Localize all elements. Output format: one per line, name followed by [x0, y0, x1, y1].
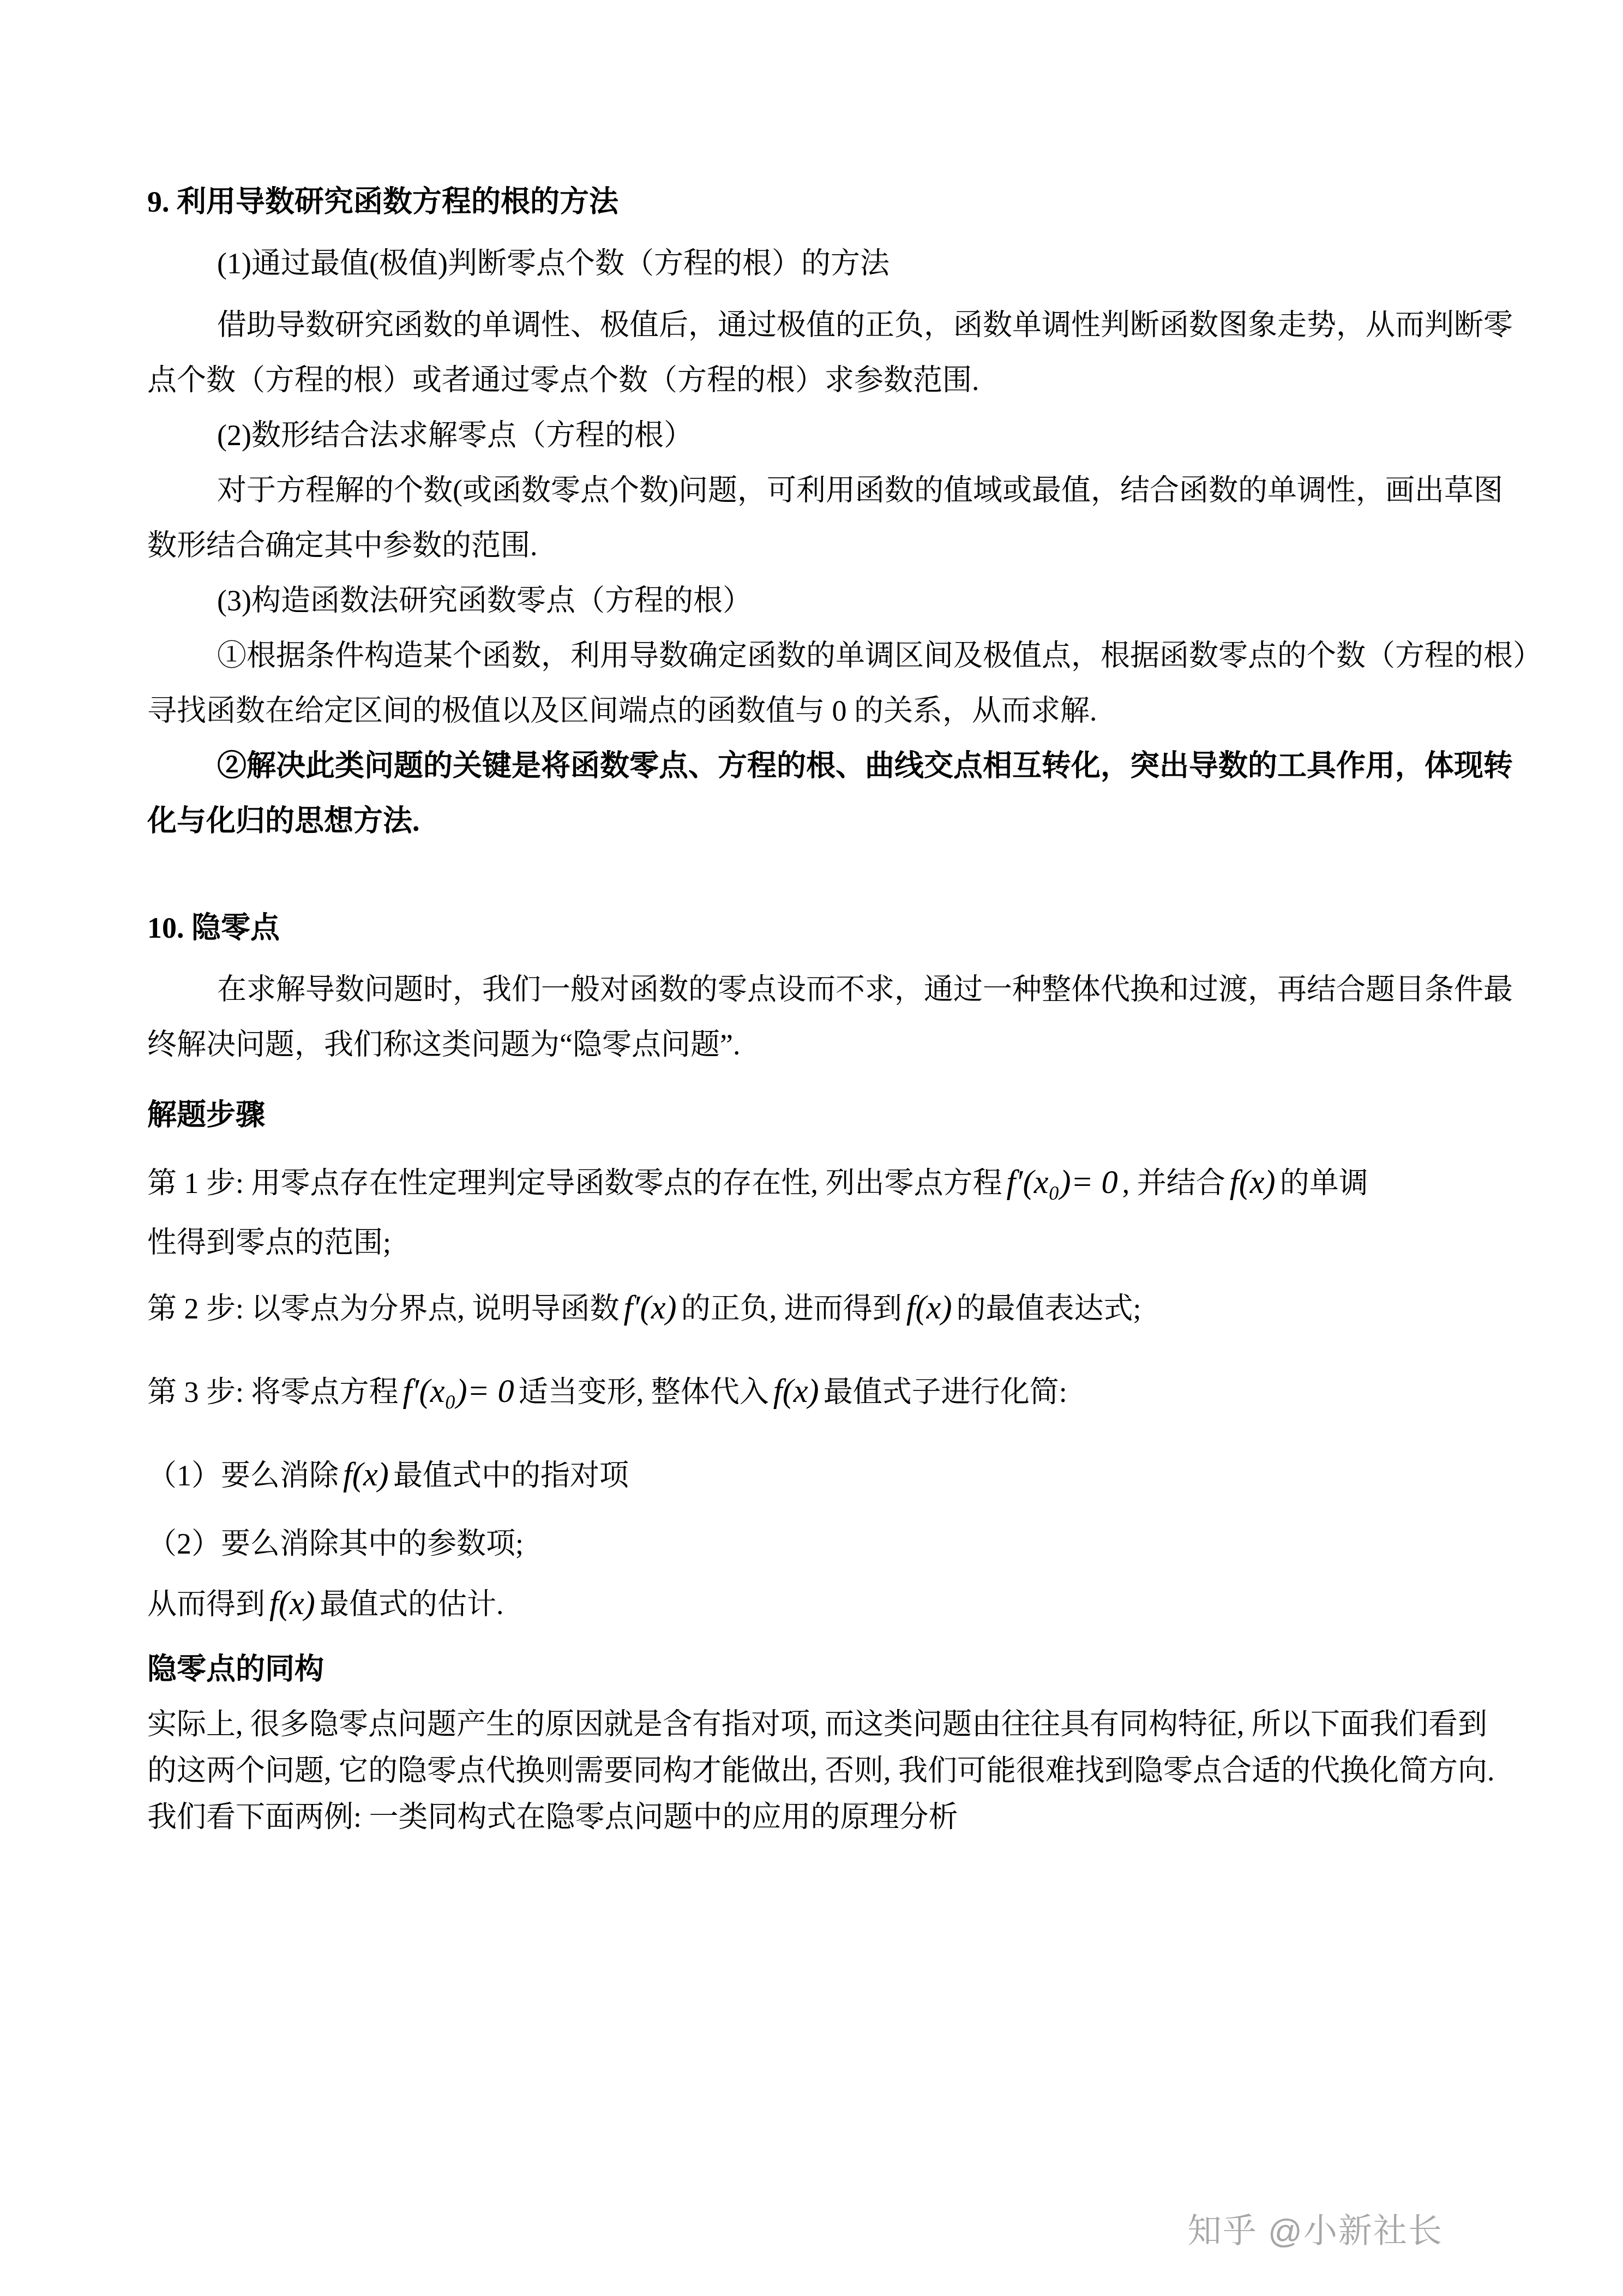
- section-9-heading: 9. 利用导数研究函数方程的根的方法: [147, 175, 1527, 230]
- step-3-text-1: 第 3 步: 将零点方程: [147, 1376, 399, 1408]
- sec9-method-2-line-2: 数形结合确定其中参数的范围.: [147, 518, 1527, 573]
- step-1-text-2: , 并结合: [1122, 1167, 1225, 1200]
- case-1-text-1: （1）要么消除: [147, 1459, 339, 1492]
- sec9-method-1-line-2: 点个数（方程的根）或者通过零点个数（方程的根）求参数范围.: [147, 353, 1527, 408]
- math-expression: f′(x₀)= 0: [399, 1373, 519, 1410]
- isomorphism-heading: 隐零点的同构: [147, 1642, 1527, 1697]
- math-expression: f(x): [769, 1373, 823, 1410]
- case-1-text-2: 最值式中的指对项: [393, 1459, 629, 1492]
- sec10-intro-line-2: 终解决问题，我们称这类问题为“隐零点问题”.: [147, 1017, 1527, 1072]
- sec9-method-3-title: (3)构造函数法研究函数零点（方程的根）: [147, 573, 1527, 628]
- sec9-method-2-title: (2)数形结合法求解零点（方程的根）: [147, 408, 1527, 463]
- simplify-case-1: （1）要么消除f(x)最值式中的指对项: [147, 1447, 1527, 1503]
- sec9-note-2-line-1: ②解决此类问题的关键是将函数零点、方程的根、曲线交点相互转化，突出导数的工具作用…: [147, 739, 1527, 794]
- sec9-method-1-line-1: 借助导数研究函数的单调性、极值后，通过极值的正负，函数单调性判断函数图象走势，从…: [147, 298, 1527, 353]
- sec9-method-2-line-1: 对于方程解的个数(或函数零点个数)问题，可利用函数的值域或最值，结合函数的单调性…: [147, 463, 1527, 518]
- math-expression: f′(x₀)= 0: [1002, 1164, 1122, 1201]
- conclusion-text-2: 最值式的估计.: [320, 1588, 504, 1621]
- sec9-note-1-line-1: ①根据条件构造某个函数，利用导数确定函数的单调区间及极值点，根据函数零点的个数（…: [147, 628, 1527, 684]
- step-2-text-3: 的最值表达式;: [957, 1292, 1141, 1325]
- sec9-note-1-line-2: 寻找函数在给定区间的极值以及区间端点的函数值与 0 的关系，从而求解.: [147, 684, 1527, 739]
- step-2-text-2: 的正负, 进而得到: [681, 1292, 902, 1325]
- sec9-method-1-title: (1)通过最值(极值)判断零点个数（方程的根）的方法: [147, 236, 1527, 291]
- simplify-case-2: （2）要么消除其中的参数项;: [147, 1516, 1527, 1572]
- sec10-intro-line-1: 在求解导数问题时，我们一般对函数的零点设而不求，通过一种整体代换和过渡，再结合题…: [147, 962, 1527, 1017]
- math-expression: f(x): [265, 1585, 320, 1622]
- step-1-line-1: 第 1 步: 用零点存在性定理判定导函数零点的存在性, 列出零点方程f′(x₀)…: [147, 1155, 1527, 1211]
- math-expression: f(x): [339, 1456, 393, 1493]
- step-2-text-1: 第 2 步: 以零点为分界点, 说明导函数: [147, 1292, 620, 1325]
- document-body: 9. 利用导数研究函数方程的根的方法 (1)通过最值(极值)判断零点个数（方程的…: [147, 175, 1527, 1841]
- steps-conclusion: 从而得到f(x)最值式的估计.: [147, 1576, 1527, 1632]
- steps-heading: 解题步骤: [147, 1088, 1527, 1143]
- step-2-line: 第 2 步: 以零点为分界点, 说明导函数f′(x)的正负, 进而得到f(x)的…: [147, 1280, 1527, 1336]
- isomorphism-line-1: 实际上, 很多隐零点问题产生的原因就是含有指对项, 而这类问题由往往具有同构特征…: [147, 1701, 1527, 1748]
- step-1-text-3: 的单调: [1280, 1167, 1368, 1200]
- step-3-line: 第 3 步: 将零点方程f′(x₀)= 0适当变形, 整体代入f(x)最值式子进…: [147, 1364, 1527, 1420]
- isomorphism-line-2: 的这两个问题, 它的隐零点代换则需要同构才能做出, 否则, 我们可能很难找到隐零…: [147, 1748, 1527, 1794]
- section-10-heading: 10. 隐零点: [147, 901, 1527, 956]
- step-1-line-2: 性得到零点的范围;: [147, 1215, 1527, 1270]
- step-3-text-3: 最值式子进行化简:: [823, 1376, 1067, 1408]
- math-expression: f(x): [902, 1290, 957, 1326]
- isomorphism-line-3: 我们看下面两例: 一类同构式在隐零点问题中的应用的原理分析: [147, 1794, 1527, 1841]
- step-3-text-2: 适当变形, 整体代入: [519, 1376, 769, 1408]
- conclusion-text-1: 从而得到: [147, 1588, 265, 1621]
- math-expression: f(x): [1225, 1164, 1280, 1201]
- sec9-note-2-line-2: 化与化归的思想方法.: [147, 794, 1527, 849]
- watermark: 知乎 @小新社长: [1188, 2204, 1443, 2252]
- document-page: 9. 利用导数研究函数方程的根的方法 (1)通过最值(极值)判断零点个数（方程的…: [0, 0, 1623, 2296]
- math-expression: f′(x): [620, 1290, 681, 1326]
- step-1-text-1: 第 1 步: 用零点存在性定理判定导函数零点的存在性, 列出零点方程: [147, 1167, 1002, 1200]
